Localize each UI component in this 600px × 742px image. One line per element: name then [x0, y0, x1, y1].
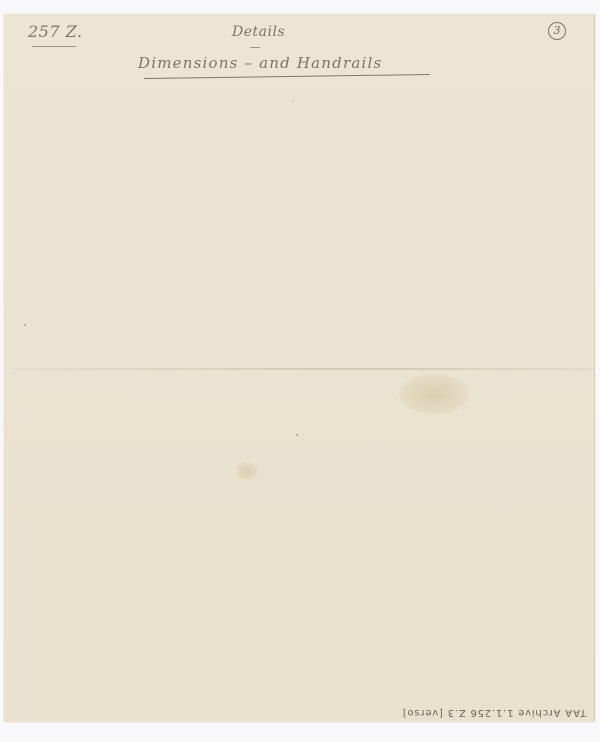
- speck: [24, 324, 26, 326]
- heading: Dimensions – and Handrails: [138, 54, 382, 72]
- reference-underline: [32, 46, 76, 47]
- reference-number: 257 Z.: [28, 22, 83, 41]
- stain-mark: [399, 374, 469, 414]
- page-number-circled: 3: [548, 22, 566, 40]
- heading-underline: [144, 74, 430, 79]
- fold-crease: [12, 368, 594, 370]
- archive-reference: TAA Archive 1.1.256 Z.3 [verso]: [402, 707, 586, 718]
- speck: [296, 434, 298, 436]
- subtitle: Details: [232, 24, 285, 40]
- scanned-document: 257 Z. Details Dimensions – and Handrail…: [0, 0, 600, 742]
- paper-sheet: 257 Z. Details Dimensions – and Handrail…: [4, 14, 595, 722]
- subtitle-mark: [250, 47, 260, 48]
- speck: [292, 100, 294, 102]
- stain-mark: [236, 462, 258, 480]
